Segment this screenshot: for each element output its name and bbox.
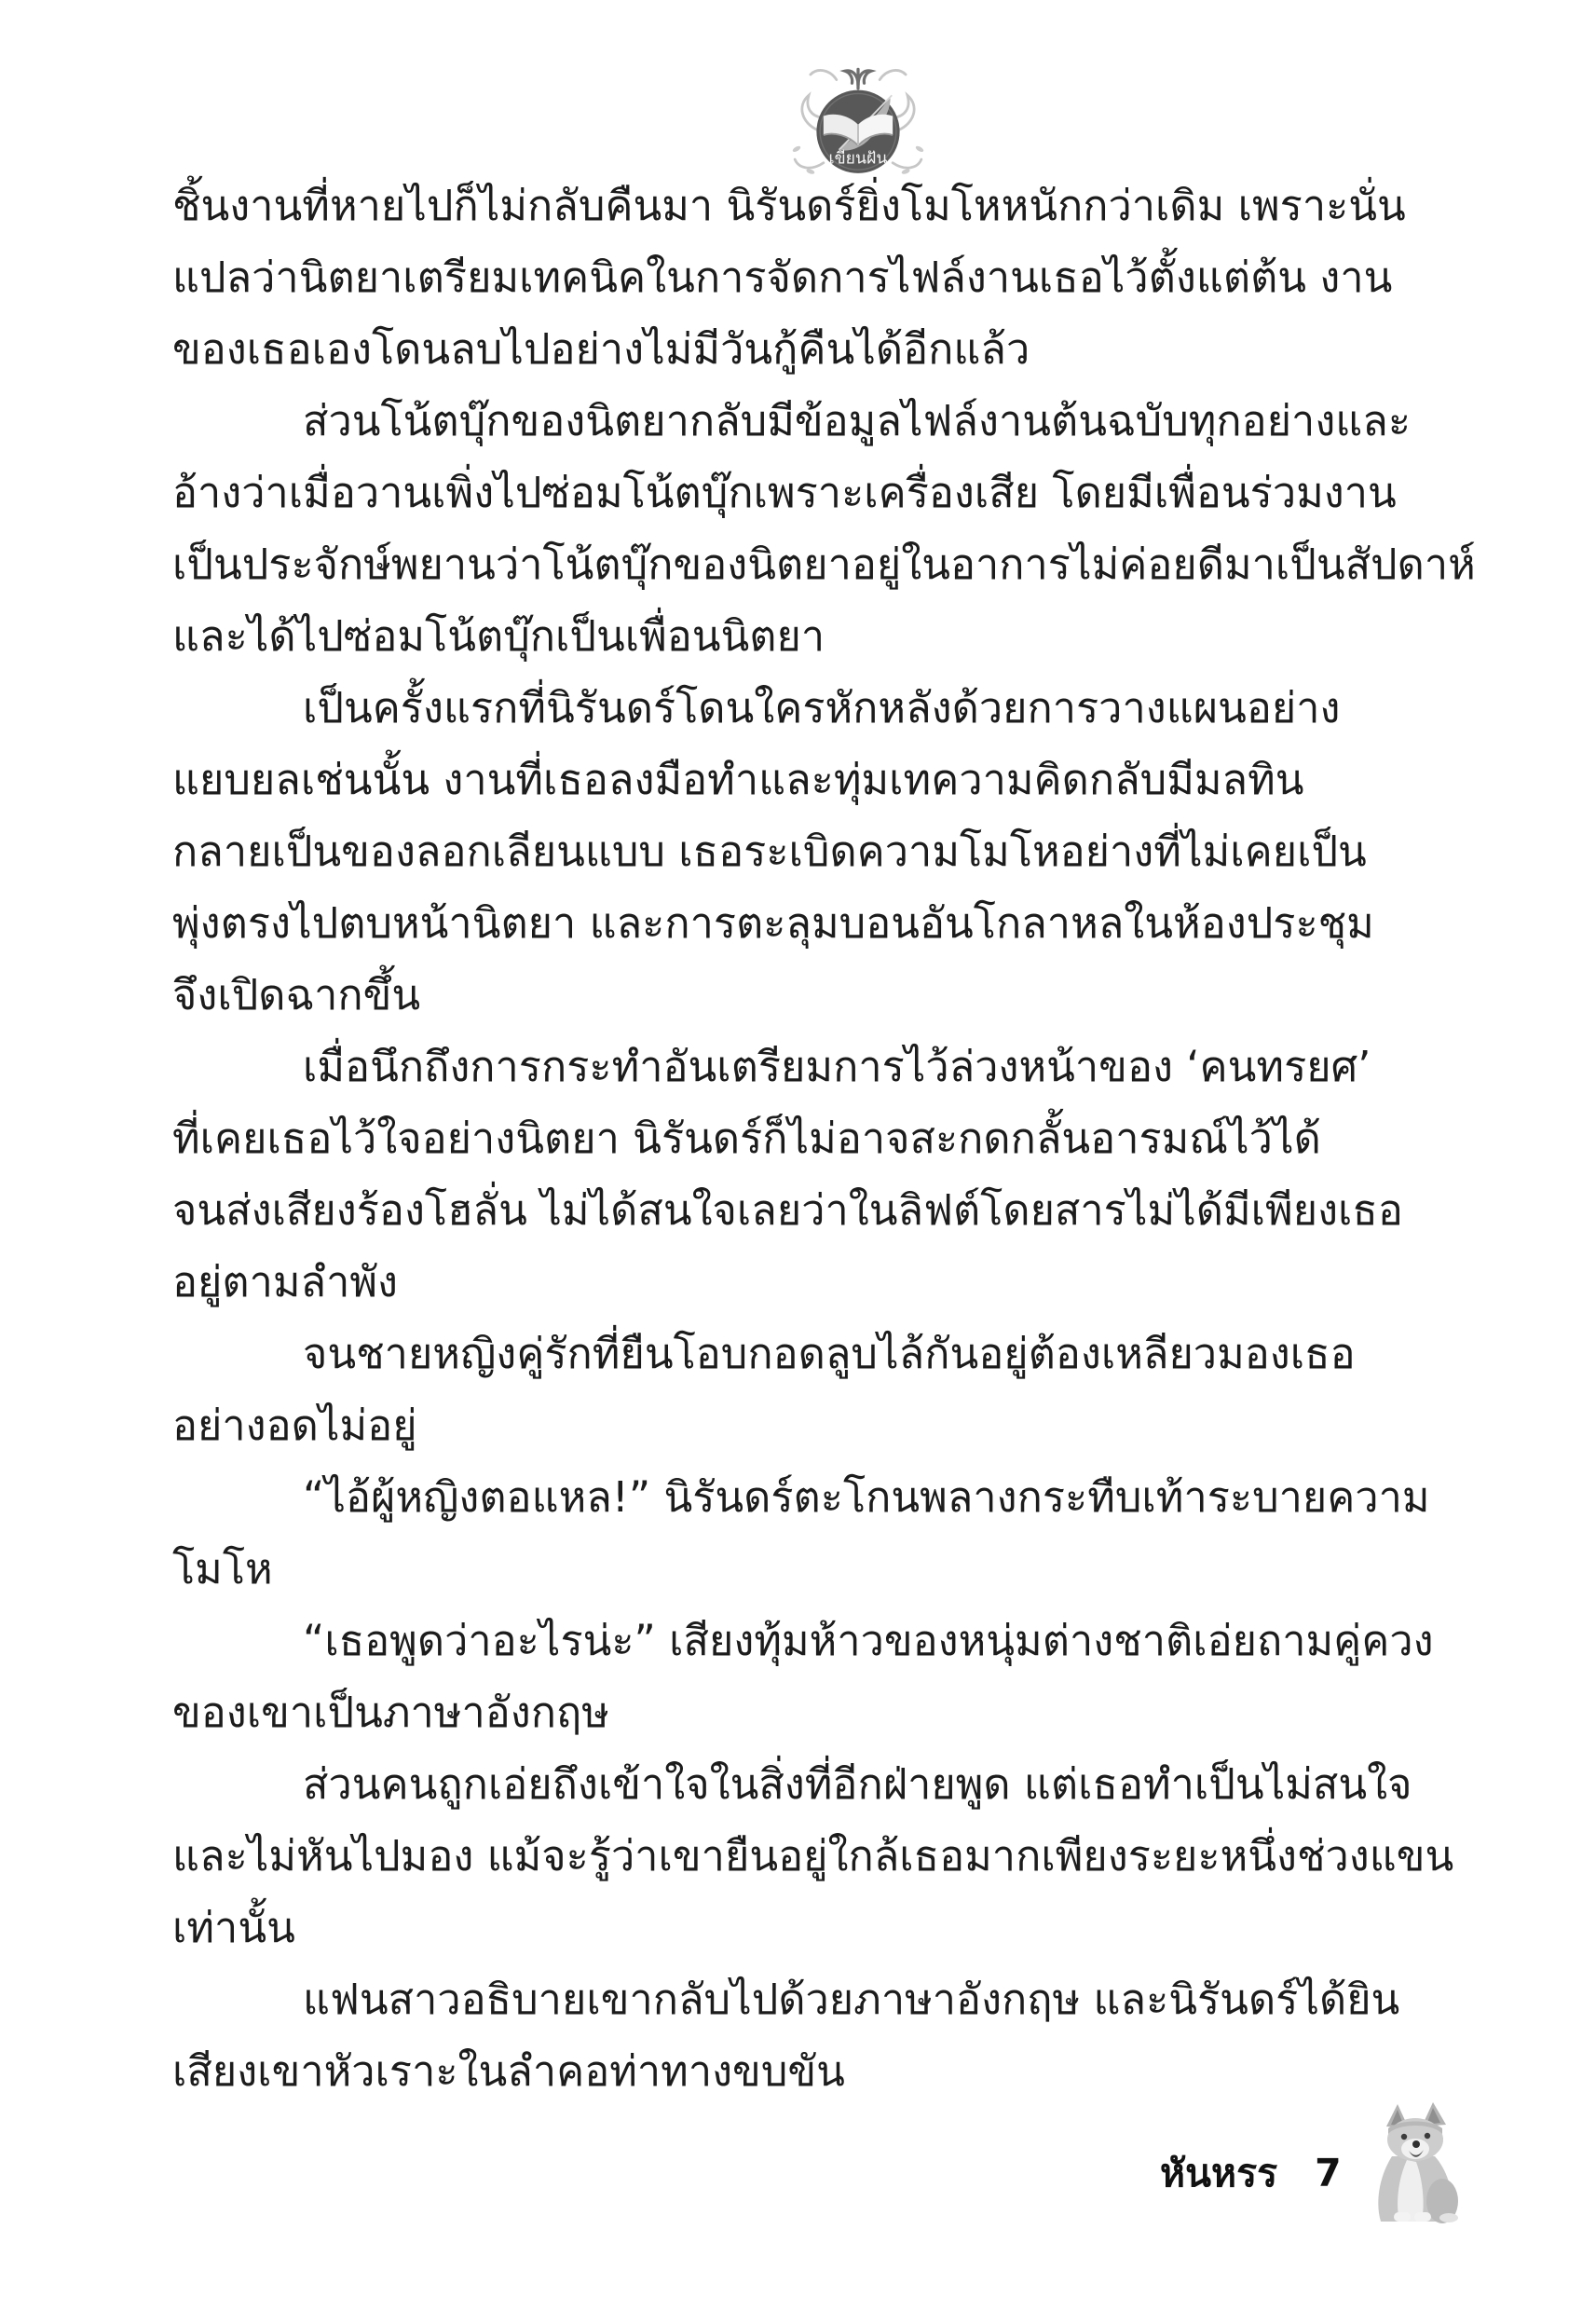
text-line: “เธอพูดว่าอะไรน่ะ” เสียงทุ้มห้าวของหนุ่ม… bbox=[172, 1605, 1441, 1676]
body-text: ชิ้นงานที่หายไปก็ไม่กลับคืนมา นิรันดร์ยิ… bbox=[172, 170, 1441, 2107]
paragraph: “ไอ้ผู้หญิงตอแหล!” นิรันดร์ตะโกนพลางกระท… bbox=[172, 1461, 1441, 1605]
text-line: เสียงเขาหัวเราะในลำคอท่าทางขบขัน bbox=[172, 2035, 1441, 2107]
paragraph: ส่วนคนถูกเอ่ยถึงเข้าใจในสิ่งที่อีกฝ่ายพู… bbox=[172, 1748, 1441, 1963]
paragraph: ชิ้นงานที่หายไปก็ไม่กลับคืนมา นิรันดร์ยิ… bbox=[172, 170, 1441, 385]
text-line: แปลว่านิตยาเตรียมเทคนิคในการจัดการไฟล์งา… bbox=[172, 241, 1441, 313]
text-line: ที่เคยเธอไว้ใจอย่างนิตยา นิรันดร์ก็ไม่อา… bbox=[172, 1102, 1441, 1174]
page-footer: หันหรร 7 bbox=[1160, 2143, 1342, 2204]
text-line: แยบยลเช่นนั้น งานที่เธอลงมือทำและทุ่มเทค… bbox=[172, 744, 1441, 815]
book-page: เขียนฝัน ชิ้นงานที่หายไปก็ไม่กลับคืนมา น… bbox=[0, 0, 1596, 2311]
text-line: กลายเป็นของลอกเลียนแบบ เธอระเบิดความโมโห… bbox=[172, 815, 1441, 887]
text-line: ของเธอเองโดนลบไปอย่างไม่มีวันกู้คืนได้อี… bbox=[172, 313, 1441, 385]
text-line: โมโห bbox=[172, 1533, 1441, 1605]
paragraph: เป็นครั้งแรกที่นิรันดร์โดนใครหักหลังด้วย… bbox=[172, 672, 1441, 1031]
text-line: อย่างอดไม่อยู่ bbox=[172, 1389, 1441, 1461]
text-line: อยู่ตามลำพัง bbox=[172, 1246, 1441, 1318]
text-line: แฟนสาวอธิบายเขากลับไปด้วยภาษาอังกฤษ และน… bbox=[172, 1963, 1441, 2035]
paragraph: จนชายหญิงคู่รักที่ยืนโอบกอดลูบไล้กันอยู่… bbox=[172, 1318, 1441, 1461]
text-line: ส่วนคนถูกเอ่ยถึงเข้าใจในสิ่งที่อีกฝ่ายพู… bbox=[172, 1748, 1441, 1820]
text-line: “ไอ้ผู้หญิงตอแหล!” นิรันดร์ตะโกนพลางกระท… bbox=[172, 1461, 1441, 1533]
text-line: จึงเปิดฉากขึ้น bbox=[172, 959, 1441, 1031]
text-line: เมื่อนึกถึงการกระทำอันเตรียมการไว้ล่วงหน… bbox=[172, 1031, 1441, 1102]
paragraph: เมื่อนึกถึงการกระทำอันเตรียมการไว้ล่วงหน… bbox=[172, 1031, 1441, 1318]
text-line: เป็นประจักษ์พยานว่าโน้ตบุ๊กของนิตยาอยู่ใ… bbox=[172, 528, 1441, 600]
book-title: หันหรร bbox=[1160, 2143, 1277, 2204]
text-line: เท่านั้น bbox=[172, 1892, 1441, 1963]
corgi-mascot-photo bbox=[1360, 2102, 1472, 2233]
text-line: และได้ไปซ่อมโน้ตบุ๊กเป็นเพื่อนนิตยา bbox=[172, 600, 1441, 672]
text-line: และไม่หันไปมอง แม้จะรู้ว่าเขายืนอยู่ใกล้… bbox=[172, 1820, 1441, 1892]
paragraph: ส่วนโน้ตบุ๊กของนิตยากลับมีข้อมูลไฟล์งานต… bbox=[172, 385, 1441, 672]
text-line: ชิ้นงานที่หายไปก็ไม่กลับคืนมา นิรันดร์ยิ… bbox=[172, 170, 1441, 241]
text-line: อ้างว่าเมื่อวานเพิ่งไปซ่อมโน้ตบุ๊กเพราะเ… bbox=[172, 457, 1441, 528]
paragraph: แฟนสาวอธิบายเขากลับไปด้วยภาษาอังกฤษ และน… bbox=[172, 1963, 1441, 2107]
text-line: จนชายหญิงคู่รักที่ยืนโอบกอดลูบไล้กันอยู่… bbox=[172, 1318, 1441, 1389]
page-number: 7 bbox=[1315, 2151, 1342, 2195]
text-line: พุ่งตรงไปตบหน้านิตยา และการตะลุมบอนอันโก… bbox=[172, 887, 1441, 959]
text-line: ของเขาเป็นภาษาอังกฤษ bbox=[172, 1676, 1441, 1748]
logo-text: เขียนฝัน bbox=[829, 150, 888, 169]
page-header: เขียนฝัน bbox=[0, 62, 1596, 185]
publisher-logo-emblem: เขียนฝัน bbox=[784, 62, 932, 185]
crown-curls bbox=[845, 69, 871, 88]
text-line: เป็นครั้งแรกที่นิรันดร์โดนใครหักหลังด้วย… bbox=[172, 672, 1441, 744]
text-line: จนส่งเสียงร้องโฮลั่น ไม่ได้สนใจเลยว่าในล… bbox=[172, 1174, 1441, 1246]
paragraph: “เธอพูดว่าอะไรน่ะ” เสียงทุ้มห้าวของหนุ่ม… bbox=[172, 1605, 1441, 1748]
text-line: ส่วนโน้ตบุ๊กของนิตยากลับมีข้อมูลไฟล์งานต… bbox=[172, 385, 1441, 457]
